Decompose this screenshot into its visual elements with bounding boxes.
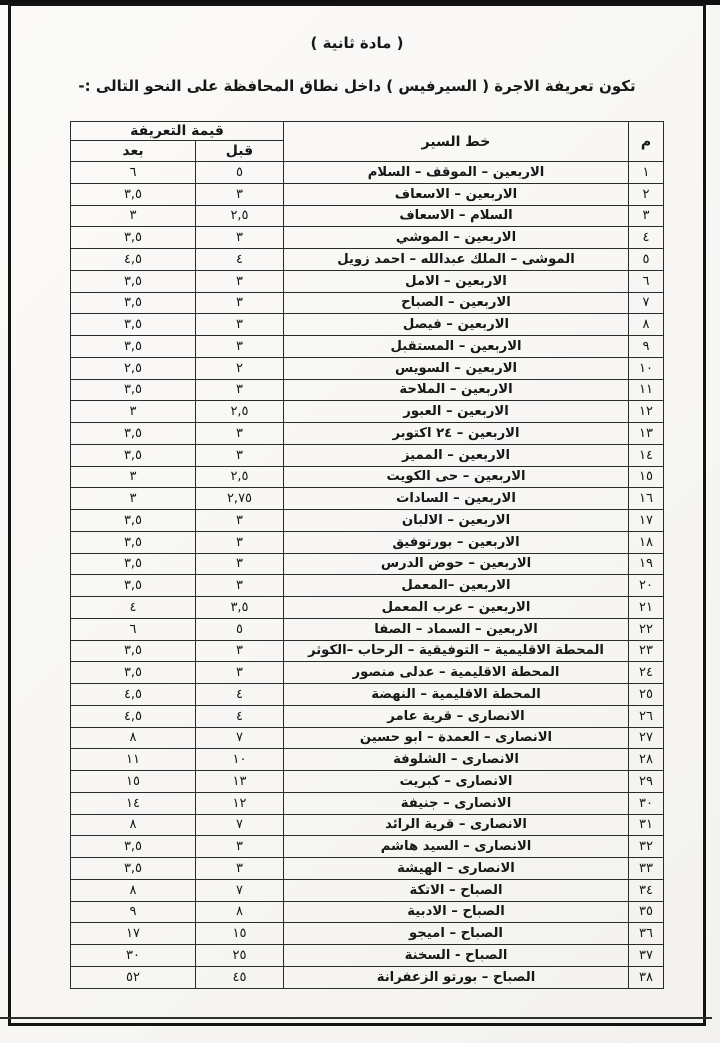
fare-after-cell: ٤,٥	[71, 684, 196, 706]
row-number-cell: ٢٦	[629, 705, 664, 727]
table-row: ١٧الاربعين – الالبان٣٣,٥	[71, 510, 664, 532]
fare-after-cell: ٦	[71, 618, 196, 640]
table-row: ١٠الاربعين – السويس٢٢,٥	[71, 357, 664, 379]
bottom-border-rule	[0, 1017, 712, 1019]
table-row: ٣٥الصباح – الادبية٨٩	[71, 901, 664, 923]
row-number-cell: ٢٢	[629, 618, 664, 640]
fare-after-cell: ٣,٥	[71, 836, 196, 858]
table-row: ١٨الاربعين – بورتوفيق٣٣,٥	[71, 531, 664, 553]
row-number-cell: ٣٥	[629, 901, 664, 923]
header-tariff-value: قيمة التعريفة	[71, 122, 284, 141]
row-number-cell: ٣٤	[629, 879, 664, 901]
route-cell: الانصارى – الشلوفة	[284, 749, 629, 771]
table-row: ٣٣الانصارى – الهيشة٣٣,٥	[71, 858, 664, 880]
table-row: ٢٦الانصارى – قرية عامر٤٤,٥	[71, 705, 664, 727]
row-number-cell: ٣٢	[629, 836, 664, 858]
table-row: ٨الاربعين – فيصل٣٣,٥	[71, 314, 664, 336]
fare-table-body: ١الاربعين – الموقف – السلام٥٦٢الاربعين –…	[71, 162, 664, 989]
fare-before-cell: ٣	[196, 336, 284, 358]
fare-before-cell: ٢	[196, 357, 284, 379]
row-number-cell: ٥	[629, 249, 664, 271]
row-number-cell: ٣٧	[629, 945, 664, 967]
fare-before-cell: ١٢	[196, 792, 284, 814]
route-cell: الاربعين – السويس	[284, 357, 629, 379]
fare-after-cell: ٩	[71, 901, 196, 923]
row-number-cell: ٢٧	[629, 727, 664, 749]
route-cell: الاربعين – السادات	[284, 488, 629, 510]
fare-before-cell: ١٥	[196, 923, 284, 945]
fare-before-cell: ٢,٧٥	[196, 488, 284, 510]
table-row: ١الاربعين – الموقف – السلام٥٦	[71, 162, 664, 184]
route-cell: الاربعين – حوض الدرس	[284, 553, 629, 575]
fare-after-cell: ٨	[71, 814, 196, 836]
row-number-cell: ٢٥	[629, 684, 664, 706]
fare-after-cell: ٣	[71, 205, 196, 227]
fare-before-cell: ٤	[196, 705, 284, 727]
row-number-cell: ١٩	[629, 553, 664, 575]
table-row: ٣٢الانصارى – السيد هاشم٣٣,٥	[71, 836, 664, 858]
fare-before-cell: ٢,٥	[196, 401, 284, 423]
row-number-cell: ٣١	[629, 814, 664, 836]
fare-before-cell: ٣	[196, 858, 284, 880]
table-row: ٢٥المحطة الاقليمية – النهضة٤٤,٥	[71, 684, 664, 706]
row-number-cell: ٣	[629, 205, 664, 227]
route-cell: الصباح – اميجو	[284, 923, 629, 945]
route-cell: الاربعين – الاسعاف	[284, 183, 629, 205]
route-cell: الاربعين – الالبان	[284, 510, 629, 532]
route-cell: الاربعين – الامل	[284, 270, 629, 292]
row-number-cell: ٢٩	[629, 771, 664, 793]
table-row: ٣٧الصباح - السخنة٢٥٣٠	[71, 945, 664, 967]
route-cell: الانصارى – العمدة – ابو حسين	[284, 727, 629, 749]
row-number-cell: ١٠	[629, 357, 664, 379]
fare-before-cell: ٤٥	[196, 966, 284, 988]
fare-before-cell: ٣	[196, 444, 284, 466]
fare-after-cell: ٤,٥	[71, 249, 196, 271]
fare-before-cell: ٥	[196, 162, 284, 184]
row-number-cell: ١٢	[629, 401, 664, 423]
table-row: ٣١الانصارى – قرية الرائد٧٨	[71, 814, 664, 836]
fare-before-cell: ٣	[196, 836, 284, 858]
article-title: ( مادة ثانية )	[0, 34, 714, 52]
fare-before-cell: ٢,٥	[196, 205, 284, 227]
fare-after-cell: ٨	[71, 879, 196, 901]
fare-after-cell: ٣,٥	[71, 423, 196, 445]
route-cell: الانصارى – جنيفة	[284, 792, 629, 814]
route-cell: الموشى – الملك عبدالله – احمد زويل	[284, 249, 629, 271]
table-row: ١٤الاربعين – المميز٣٣,٥	[71, 444, 664, 466]
table-row: ٩الاربعين – المستقبل٣٣,٥	[71, 336, 664, 358]
table-row: ١١الاربعين – الملاحة٣٣,٥	[71, 379, 664, 401]
table-row: ٥الموشى – الملك عبدالله – احمد زويل٤٤,٥	[71, 249, 664, 271]
row-number-cell: ١	[629, 162, 664, 184]
fare-after-cell: ٣,٥	[71, 553, 196, 575]
row-number-cell: ٣٣	[629, 858, 664, 880]
fare-before-cell: ٣	[196, 292, 284, 314]
article-subtitle: تكون تعريفة الاجرة ( السيرفيس ) داخل نطا…	[0, 77, 714, 95]
table-row: ٣٤الصباح – الاتكة٧٨	[71, 879, 664, 901]
header-route: خط السير	[284, 122, 629, 162]
table-row: ٢٤المحطة الاقليمية – عدلى منصور٣٣,٥	[71, 662, 664, 684]
row-number-cell: ٢٤	[629, 662, 664, 684]
fare-before-cell: ٣	[196, 662, 284, 684]
fare-after-cell: ٣,٥	[71, 379, 196, 401]
route-cell: الاربعين – الملاحة	[284, 379, 629, 401]
fare-before-cell: ٣	[196, 531, 284, 553]
row-number-cell: ٩	[629, 336, 664, 358]
row-number-cell: ١٧	[629, 510, 664, 532]
fare-before-cell: ١٣	[196, 771, 284, 793]
route-cell: الاربعين – بورتوفيق	[284, 531, 629, 553]
table-row: ٧الاربعين – الصباح٣٣,٥	[71, 292, 664, 314]
fare-after-cell: ٣,٥	[71, 183, 196, 205]
row-number-cell: ١٥	[629, 466, 664, 488]
row-number-cell: ٢٠	[629, 575, 664, 597]
route-cell: الاربعين – فيصل	[284, 314, 629, 336]
row-number-cell: ٦	[629, 270, 664, 292]
fare-after-cell: ٣٠	[71, 945, 196, 967]
fare-after-cell: ٣,٥	[71, 858, 196, 880]
fare-after-cell: ٣,٥	[71, 510, 196, 532]
row-number-cell: ٧	[629, 292, 664, 314]
route-cell: الصباح – بورتو الزعفرانة	[284, 966, 629, 988]
fare-before-cell: ٢,٥	[196, 466, 284, 488]
row-number-cell: ١٦	[629, 488, 664, 510]
row-number-cell: ٢١	[629, 597, 664, 619]
table-row: ٢٧الانصارى – العمدة – ابو حسين٧٨	[71, 727, 664, 749]
fare-before-cell: ٣	[196, 379, 284, 401]
row-number-cell: ٢٣	[629, 640, 664, 662]
route-cell: السلام – الاسعاف	[284, 205, 629, 227]
route-cell: الاربعين – الموشي	[284, 227, 629, 249]
route-cell: الانصارى – الهيشة	[284, 858, 629, 880]
fare-after-cell: ٣,٥	[71, 662, 196, 684]
fare-before-cell: ٥	[196, 618, 284, 640]
row-number-cell: ١٣	[629, 423, 664, 445]
route-cell: الانصارى – السيد هاشم	[284, 836, 629, 858]
fare-after-cell: ٣,٥	[71, 270, 196, 292]
row-number-cell: ٣٦	[629, 923, 664, 945]
document-page: ( مادة ثانية ) تكون تعريفة الاجرة ( السي…	[0, 0, 720, 1043]
row-number-cell: ٣٠	[629, 792, 664, 814]
fare-after-cell: ٣	[71, 401, 196, 423]
fare-before-cell: ٨	[196, 901, 284, 923]
table-row: ٢الاربعين – الاسعاف٣٣,٥	[71, 183, 664, 205]
table-row: ١٥الاربعين – حى الكويت٢,٥٣	[71, 466, 664, 488]
fare-after-cell: ٦	[71, 162, 196, 184]
header-after: بعد	[71, 141, 196, 162]
fare-after-cell: ١٥	[71, 771, 196, 793]
fare-after-cell: ٣,٥	[71, 531, 196, 553]
fare-before-cell: ٢٥	[196, 945, 284, 967]
row-number-cell: ٢	[629, 183, 664, 205]
table-row: ٢٩الانصارى – كبريت١٣١٥	[71, 771, 664, 793]
fare-before-cell: ٣	[196, 227, 284, 249]
table-row: ٣٠الانصارى – جنيفة١٢١٤	[71, 792, 664, 814]
fare-after-cell: ٣	[71, 488, 196, 510]
fare-after-cell: ٥٢	[71, 966, 196, 988]
table-row: ١٩الاربعين – حوض الدرس٣٣,٥	[71, 553, 664, 575]
fare-after-cell: ٣,٥	[71, 444, 196, 466]
route-cell: الانصارى – قرية الرائد	[284, 814, 629, 836]
fare-after-cell: ٣	[71, 466, 196, 488]
route-cell: الاربعين – ٢٤ اكتوبر	[284, 423, 629, 445]
route-cell: الاربعين – عرب المعمل	[284, 597, 629, 619]
fare-after-cell: ٢,٥	[71, 357, 196, 379]
fare-after-cell: ٣,٥	[71, 575, 196, 597]
route-cell: الانصارى – قرية عامر	[284, 705, 629, 727]
fare-before-cell: ٣	[196, 510, 284, 532]
route-cell: الصباح – الادبية	[284, 901, 629, 923]
table-row: ٣السلام – الاسعاف٢,٥٣	[71, 205, 664, 227]
fare-before-cell: ٣	[196, 575, 284, 597]
fare-table-header: م خط السير قيمة التعريفة قبل بعد	[71, 122, 664, 162]
route-cell: الصباح - السخنة	[284, 945, 629, 967]
fare-table: م خط السير قيمة التعريفة قبل بعد ١الاربع…	[70, 121, 664, 989]
table-row: ٣٦الصباح – اميجو١٥١٧	[71, 923, 664, 945]
header-before: قبل	[196, 141, 284, 162]
row-number-cell: ٨	[629, 314, 664, 336]
fare-after-cell: ٣,٥	[71, 314, 196, 336]
fare-after-cell: ٣,٥	[71, 336, 196, 358]
table-row: ٢٣المحطة الاقليمية – التوفيقية – الرحاب …	[71, 640, 664, 662]
route-cell: الصباح – الاتكة	[284, 879, 629, 901]
fare-before-cell: ٣	[196, 553, 284, 575]
table-row: ٣٨الصباح – بورتو الزعفرانة٤٥٥٢	[71, 966, 664, 988]
route-cell: المحطة الاقليمية – التوفيقية – الرحاب –ا…	[284, 640, 629, 662]
route-cell: الاربعين – العبور	[284, 401, 629, 423]
fare-before-cell: ٣	[196, 314, 284, 336]
fare-after-cell: ٣,٥	[71, 640, 196, 662]
row-number-cell: ١٤	[629, 444, 664, 466]
fare-before-cell: ٣	[196, 640, 284, 662]
fare-after-cell: ٤,٥	[71, 705, 196, 727]
fare-after-cell: ٨	[71, 727, 196, 749]
row-number-cell: ١١	[629, 379, 664, 401]
fare-before-cell: ١٠	[196, 749, 284, 771]
table-row: ٢٢الاربعين – السماد – الصفا٥٦	[71, 618, 664, 640]
fare-before-cell: ٣,٥	[196, 597, 284, 619]
fare-after-cell: ١٤	[71, 792, 196, 814]
route-cell: الاربعين – الموقف – السلام	[284, 162, 629, 184]
fare-after-cell: ٣,٥	[71, 292, 196, 314]
fare-before-cell: ٧	[196, 814, 284, 836]
route-cell: الاربعين –المعمل	[284, 575, 629, 597]
fare-before-cell: ٣	[196, 423, 284, 445]
row-number-cell: ٢٨	[629, 749, 664, 771]
fare-before-cell: ٤	[196, 249, 284, 271]
row-number-cell: ٣٨	[629, 966, 664, 988]
table-row: ١٣الاربعين – ٢٤ اكتوبر٣٣,٥	[71, 423, 664, 445]
route-cell: الاربعين – المستقبل	[284, 336, 629, 358]
fare-after-cell: ٤	[71, 597, 196, 619]
route-cell: الاربعين – حى الكويت	[284, 466, 629, 488]
table-row: ٢٠الاربعين –المعمل٣٣,٥	[71, 575, 664, 597]
route-cell: الانصارى – كبريت	[284, 771, 629, 793]
table-row: ٤الاربعين – الموشي٣٣,٥	[71, 227, 664, 249]
header-row-number: م	[629, 122, 664, 162]
fare-before-cell: ٣	[196, 183, 284, 205]
table-row: ٢١الاربعين – عرب المعمل٣,٥٤	[71, 597, 664, 619]
row-number-cell: ١٨	[629, 531, 664, 553]
route-cell: الاربعين – المميز	[284, 444, 629, 466]
fare-after-cell: ١٧	[71, 923, 196, 945]
fare-after-cell: ٣,٥	[71, 227, 196, 249]
table-row: ٢٨الانصارى – الشلوفة١٠١١	[71, 749, 664, 771]
route-cell: الاربعين – الصباح	[284, 292, 629, 314]
fare-before-cell: ٧	[196, 727, 284, 749]
fare-before-cell: ٣	[196, 270, 284, 292]
route-cell: المحطة الاقليمية – عدلى منصور	[284, 662, 629, 684]
row-number-cell: ٤	[629, 227, 664, 249]
fare-after-cell: ١١	[71, 749, 196, 771]
fare-before-cell: ٧	[196, 879, 284, 901]
route-cell: المحطة الاقليمية – النهضة	[284, 684, 629, 706]
table-row: ١٢الاربعين – العبور٢,٥٣	[71, 401, 664, 423]
route-cell: الاربعين – السماد – الصفا	[284, 618, 629, 640]
table-row: ١٦الاربعين – السادات٢,٧٥٣	[71, 488, 664, 510]
table-row: ٦الاربعين – الامل٣٣,٥	[71, 270, 664, 292]
fare-before-cell: ٤	[196, 684, 284, 706]
